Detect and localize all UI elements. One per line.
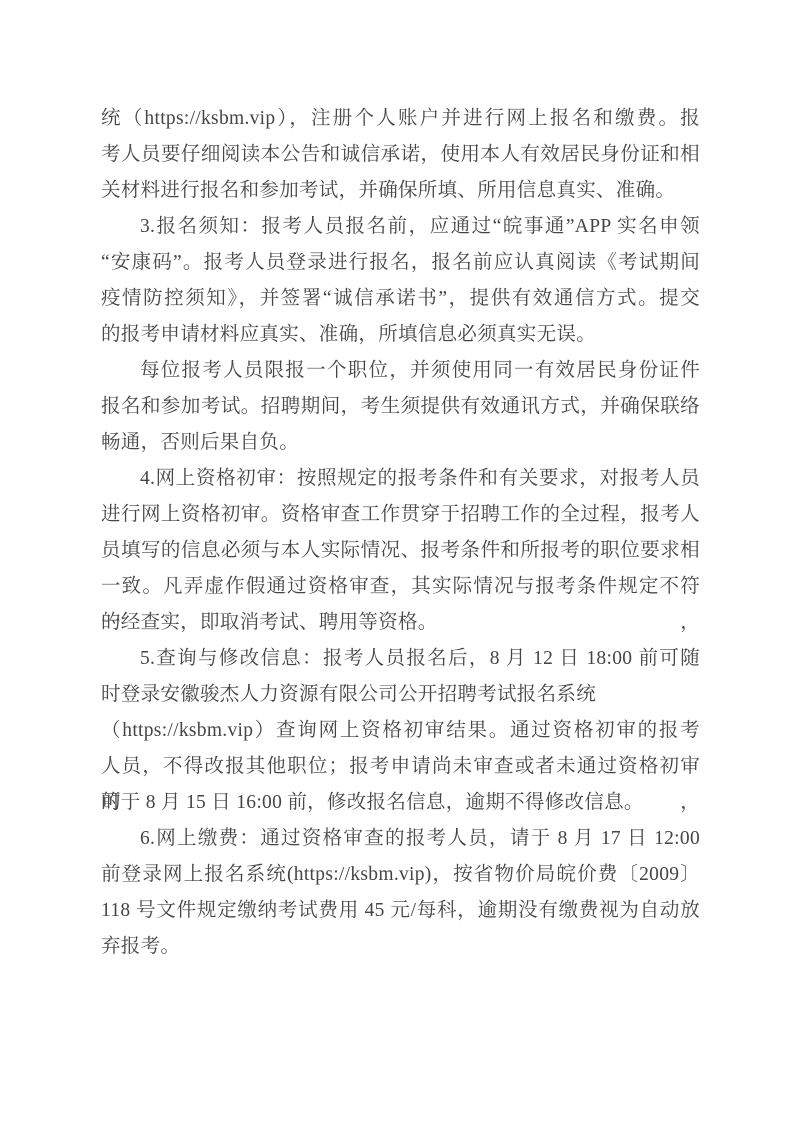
- text-line: 弃报考。: [101, 929, 700, 965]
- text-line: 报名和参加考试。招聘期间，考生须提供有效通讯方式，并确保联络: [101, 389, 700, 425]
- announcement-text-block: 统（https://ksbm.vip），注册个人账户并进行网上报名和缴费。报 考…: [101, 101, 700, 965]
- text-line: 人员，不得改报其他职位；报考申请尚未审查或者未通过资格初审的，: [101, 749, 700, 785]
- text-line: （https://ksbm.vip）查询网上资格初审结果。通过资格初审的报考: [101, 713, 700, 749]
- text-line: 时登录安徽骏杰人力资源有限公司公开招聘考试报名系统: [101, 677, 700, 713]
- text-line: 考人员要仔细阅读本公告和诚信承诺，使用本人有效居民身份证和相: [101, 137, 700, 173]
- text-line-item-3-signup-notice: 3.报名须知：报考人员报名前，应通过“皖事通”APP 实名申领: [101, 209, 700, 245]
- text-line: 的报考申请材料应真实、准确，所填信息必须真实无误。: [101, 317, 700, 353]
- text-line: 进行网上资格初审。资格审查工作贯穿于招聘工作的全过程，报考人: [101, 497, 700, 533]
- text-line: 畅通，否则后果自负。: [101, 425, 700, 461]
- text-line: 前登录网上报名系统(https://ksbm.vip)，按省物价局皖价费〔200…: [101, 857, 700, 893]
- text-line: “安康码”。报考人员登录进行报名，报名前应认真阅读《考试期间: [101, 245, 700, 281]
- text-line: 统（https://ksbm.vip），注册个人账户并进行网上报名和缴费。报: [101, 101, 700, 137]
- text-line-item-5-query-modify: 5.查询与修改信息：报考人员报名后，8 月 12 日 18:00 前可随: [101, 641, 700, 677]
- text-line: 可于 8 月 15 日 16:00 前，修改报名信息，逾期不得修改信息。: [101, 785, 700, 821]
- text-line: 一致。凡弄虚作假通过资格审查，其实际情况与报考条件规定不符的，: [101, 569, 700, 605]
- text-line: 每位报考人员限报一个职位，并须使用同一有效居民身份证件: [101, 353, 700, 389]
- text-line: 员填写的信息必须与本人实际情况、报考条件和所报考的职位要求相: [101, 533, 700, 569]
- text-line: 关材料进行报名和参加考试，并确保所填、所用信息真实、准确。: [101, 173, 700, 209]
- text-line: 疫情防控须知》，并签署“诚信承诺书”，提供有效通信方式。提交: [101, 281, 700, 317]
- text-line-item-4-online-review: 4.网上资格初审：按照规定的报考条件和有关要求，对报考人员: [101, 461, 700, 497]
- text-line-item-6-online-payment: 6.网上缴费：通过资格审查的报考人员，请于 8 月 17 日 12:00: [101, 821, 700, 857]
- text-line: 118 号文件规定缴纳考试费用 45 元/每科，逾期没有缴费视为自动放: [101, 893, 700, 929]
- document-page: 统（https://ksbm.vip），注册个人账户并进行网上报名和缴费。报 考…: [0, 0, 793, 1122]
